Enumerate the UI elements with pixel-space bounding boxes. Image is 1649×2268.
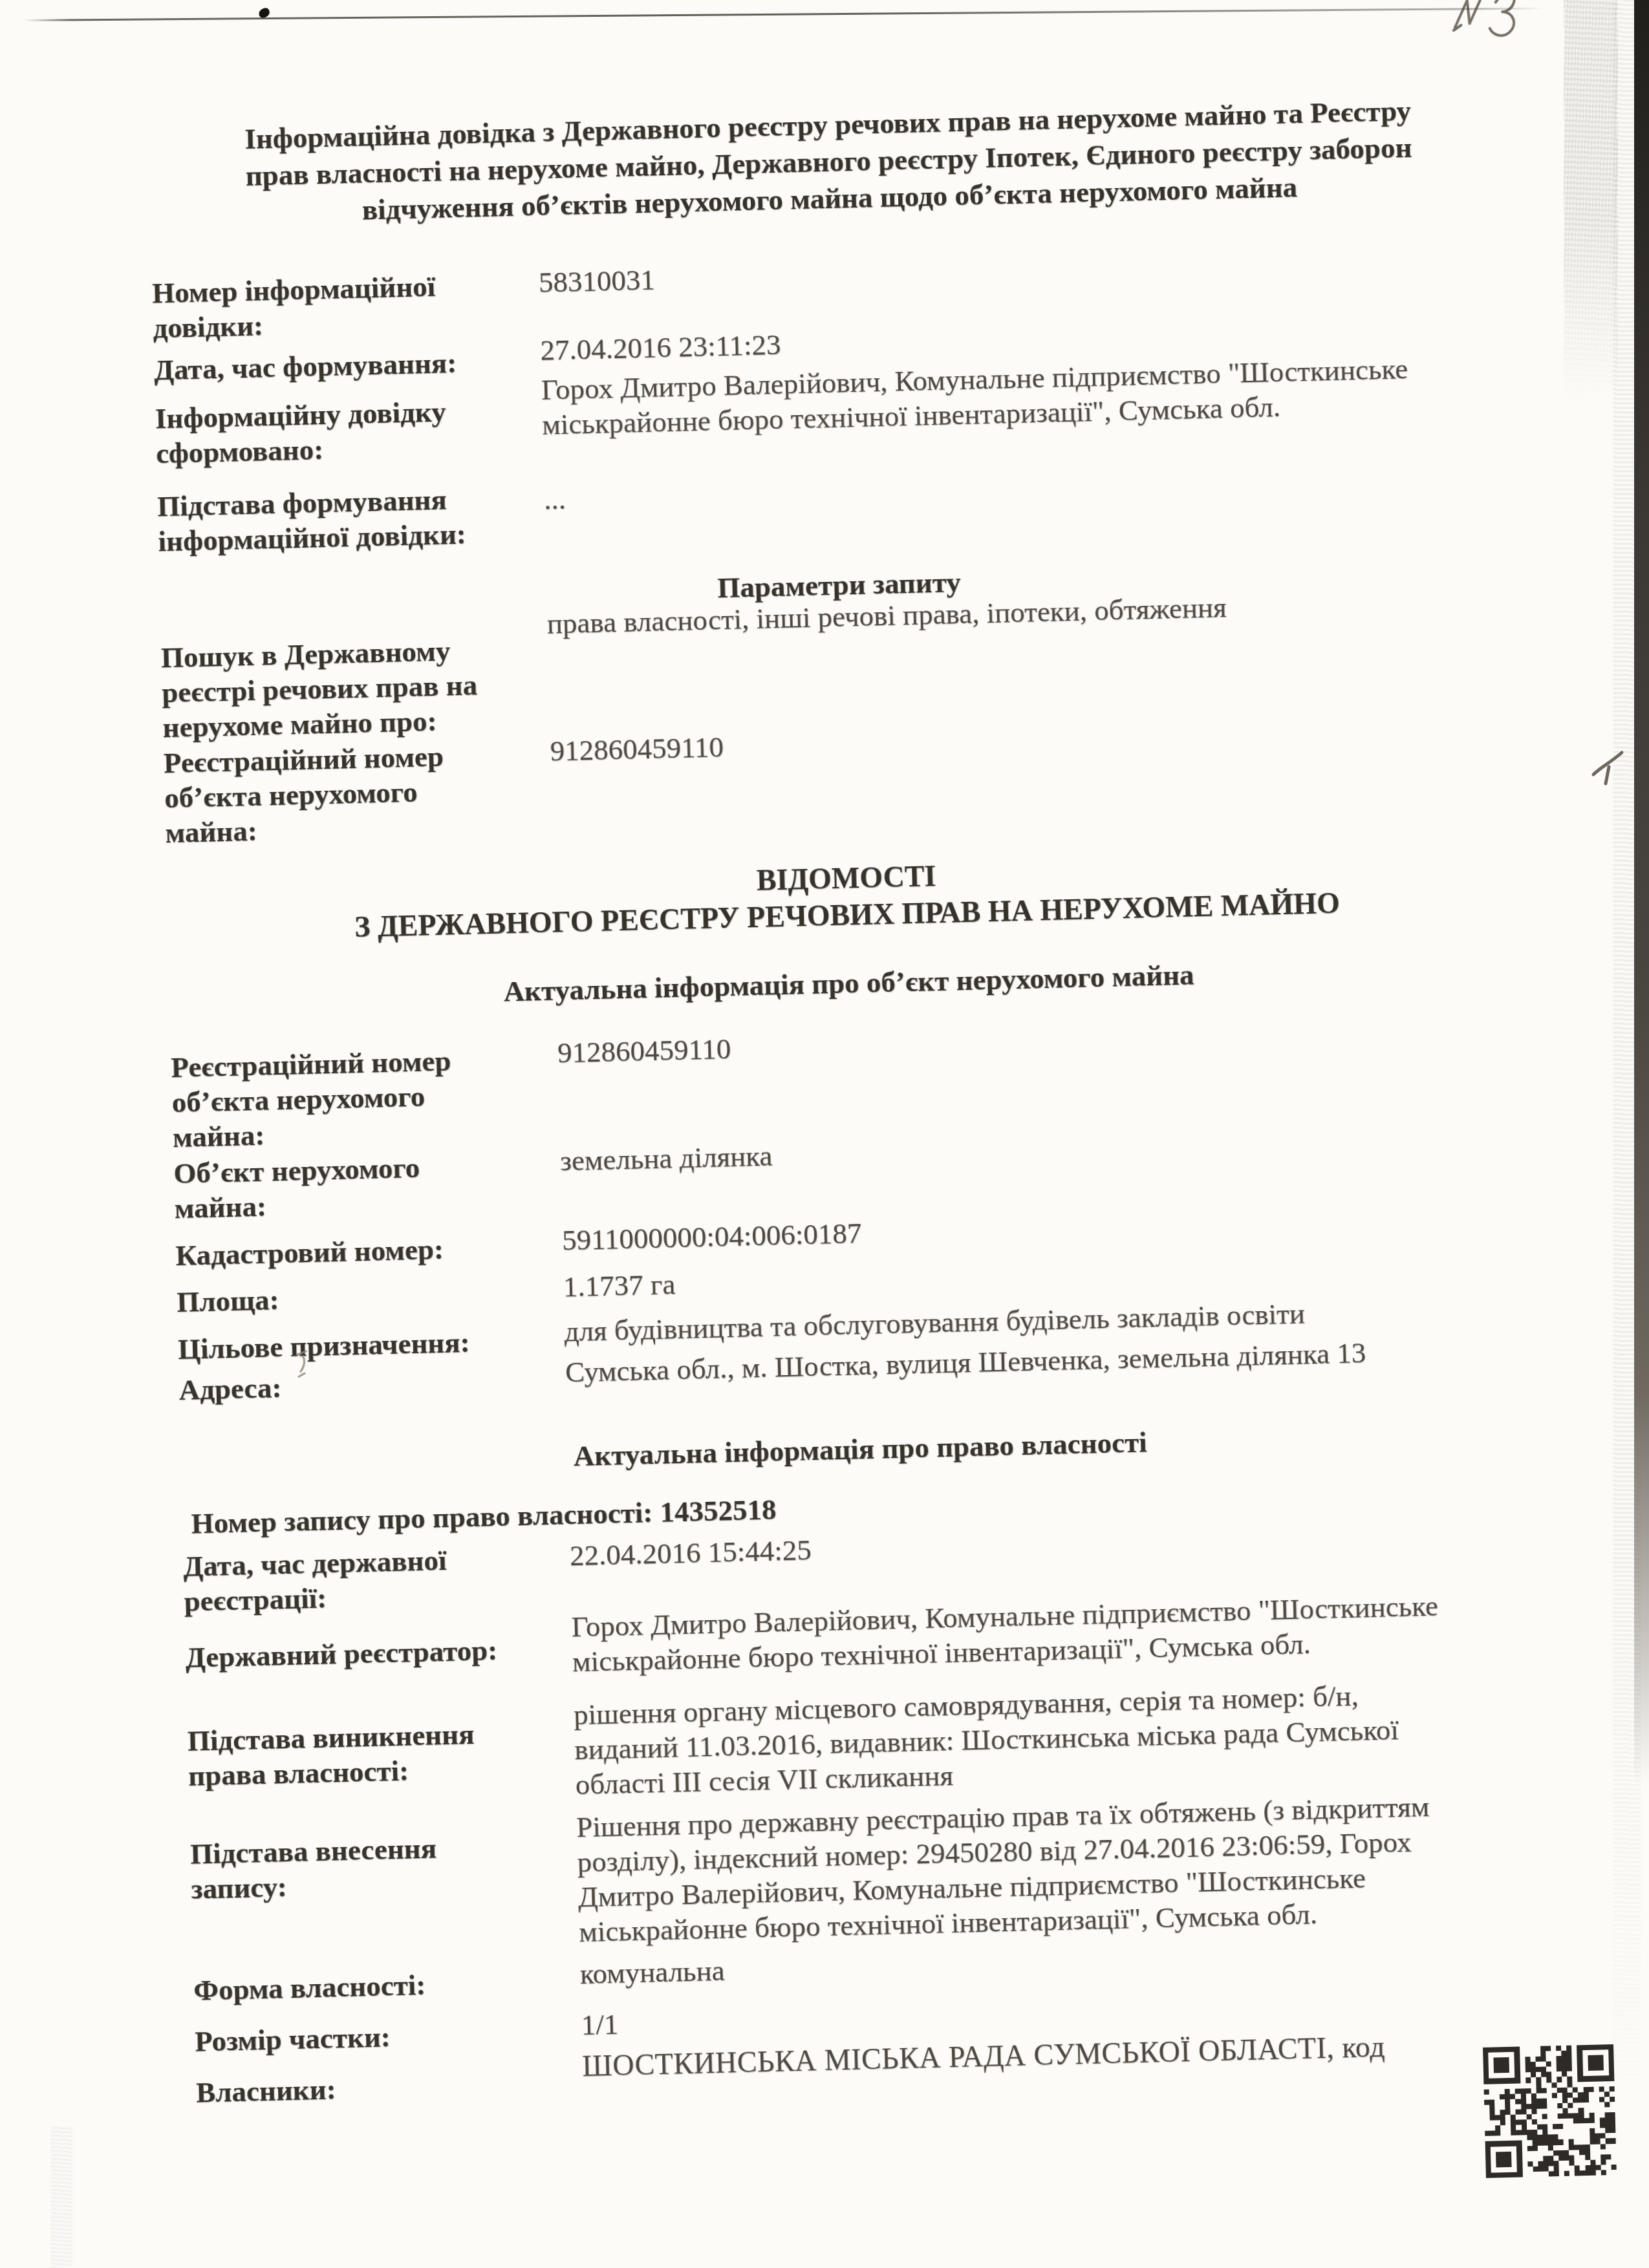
document-title: Інформаційна довідка з Державного реєстр… bbox=[3, 87, 1649, 237]
scan-edge-right-strip bbox=[1634, 0, 1649, 1784]
field-label-cadastral-number: Кадастровий номер: bbox=[175, 1229, 557, 1273]
field-label-object-registration-number: Реєстраційний номер об’єкта нерухомого м… bbox=[171, 1041, 555, 1155]
field-value-object-type: земельна ділянка bbox=[559, 1118, 1572, 1178]
scanner-noise-top-right bbox=[1564, 0, 1618, 401]
field-label-formation-basis: Підстава формування інформаційної довідк… bbox=[157, 480, 540, 559]
qr-code bbox=[1483, 2044, 1617, 2178]
field-label-object-type: Об’єкт нерухомого майна: bbox=[173, 1147, 556, 1226]
field-value-registration-number: 912860459110 bbox=[550, 709, 1562, 768]
field-label-state-registration-datetime: Дата, час державної реєстрації: bbox=[183, 1539, 566, 1618]
field-value-certificate-number: 58310031 bbox=[538, 241, 1551, 300]
field-label-designated-purpose: Цільове призначення: bbox=[177, 1322, 559, 1366]
field-value-state-registrar: Горох Дмитро Валерійович, Комунальне під… bbox=[571, 1585, 1584, 1679]
scanner-noise-bottom-left bbox=[50, 2127, 72, 2268]
field-value-record-entry-basis: Рішення про державну реєстрацію прав та … bbox=[576, 1785, 1591, 1949]
field-label-area: Площа: bbox=[177, 1276, 559, 1320]
field-value-ownership-origin-basis: рішення органу місцевого самоврядування,… bbox=[573, 1673, 1587, 1802]
pencil-mark bbox=[1588, 745, 1628, 791]
field-label-registration-number: Реєстраційний номер об’єкта нерухомого м… bbox=[163, 736, 547, 850]
field-value-formation-basis: ... bbox=[543, 457, 1556, 517]
ownership-record-number-line: Номер запису про право власності: 143525… bbox=[191, 1492, 777, 1540]
field-label-ownership-form: Форма власності: bbox=[193, 1963, 576, 2007]
field-label-formed-by: Інформаційну довідку сформовано: bbox=[155, 392, 537, 471]
field-label-formation-datetime: Дата, час формування: bbox=[153, 343, 535, 387]
registry-heading: ВІДОМОСТІ З ДЕРЖАВНОГО РЕЄСТРУ РЕЧОВИХ П… bbox=[21, 839, 1649, 953]
ownership-info-heading: Актуальна інформація про право власності bbox=[36, 1411, 1649, 1488]
field-label-record-entry-basis: Підстава внесення запису: bbox=[189, 1827, 572, 1906]
object-info-heading: Актуальна інформація про об’єкт нерухомо… bbox=[24, 945, 1649, 1022]
field-label-ownership-origin-basis: Підстава виникнення права власності: bbox=[187, 1714, 570, 1793]
field-label-certificate-number: Номер інформаційної довідки: bbox=[151, 266, 534, 345]
field-label-share-size: Розмір частки: bbox=[195, 2015, 577, 2059]
field-label-owners: Власники: bbox=[196, 2066, 578, 2110]
document-content: Інформаційна довідка з Державного реєстр… bbox=[0, 0, 1649, 2267]
field-value-object-registration-number: 912860459110 bbox=[557, 1011, 1569, 1070]
scanned-document-page: Інформаційна довідка з Державного реєстр… bbox=[0, 0, 1649, 2268]
field-label-state-registrar: Державний реєстратор: bbox=[185, 1631, 567, 1674]
field-label-search-subject: Пошук в Державному реєстрі речових прав … bbox=[160, 631, 544, 745]
ink-smudge bbox=[293, 1349, 316, 1381]
field-label-address: Адреса: bbox=[178, 1363, 561, 1407]
